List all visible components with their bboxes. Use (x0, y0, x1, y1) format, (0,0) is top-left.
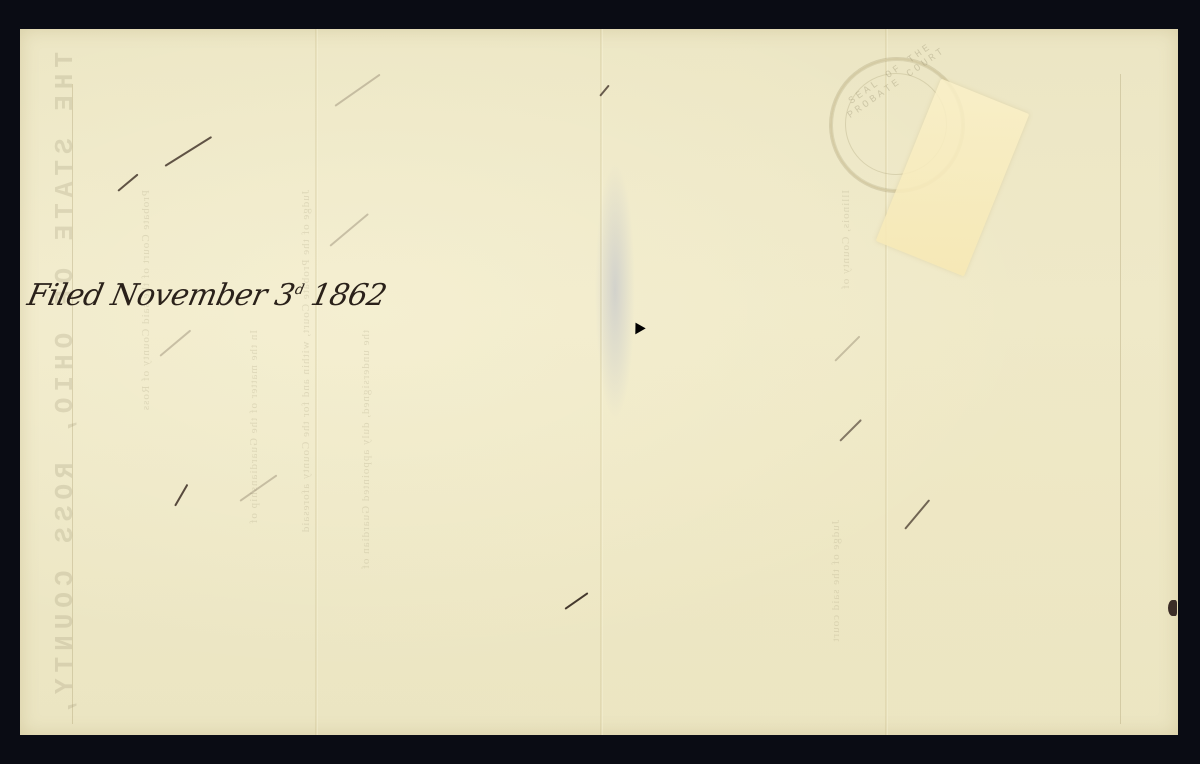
bleed-through-text: the undersigned, duly appointed Guardian… (360, 330, 372, 570)
bleed-through-title: THE STATE OF OHIO, ROSS COUNTY, (50, 52, 80, 722)
pencil-smudge (595, 160, 635, 420)
filed-date-annotation: Filed November 3d 1862 (24, 278, 389, 313)
filed-label: Filed November 3 (24, 278, 297, 313)
ruled-border-line (1120, 74, 1121, 724)
filed-year: 1862 (308, 278, 390, 313)
bleed-through-text: Judge of the Probate Court, within and f… (300, 190, 312, 533)
fold-line (315, 29, 318, 735)
filed-day-suffix: d (293, 282, 305, 298)
bleed-through-text: Illinois, County of (840, 190, 852, 290)
ink-stain (1168, 600, 1177, 616)
bleed-through-text: Judge of the said court (830, 520, 842, 643)
